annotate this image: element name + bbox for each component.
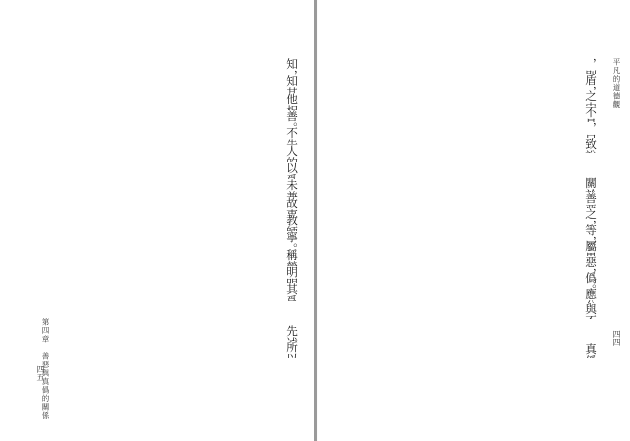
text-column: 真僞與善惡，是兩對不同意義的概念。如前所述，真僞是認識內容與認識對象的相合 <box>579 319 598 358</box>
text-column: 與不相合，善惡是言行對於人生安寧的實現有所貢獻或有所損害。其義既不相同，其事自 <box>579 303 598 319</box>
text-column: 先述僞者之有惡有善。謊言，把事實上如此的說成如彼，把事實上如彼的說成如此， <box>280 301 299 341</box>
page-gutter <box>314 0 317 441</box>
text-column: 等，後者係就角以言其相等，是兩個不同的概念。但三角形之等邊的，其角一定相等，反 <box>579 224 598 240</box>
text-column: 故事，以警惕學生。謊言之爲害，確如大家所認定，但此一認定，只是照常衡量的結果， <box>280 197 299 214</box>
right-page-body: 真僞與善惡，是兩對不同意義的概念。如前所述，真僞是認識內容與認識對象的相合 與不… <box>333 58 598 358</box>
running-head-right: 平凡的道德觀 <box>611 58 622 109</box>
right-page: 平凡的道德觀 四四 真僞與善惡，是兩對不同意義的概念。如前所述，真僞是認識內容與… <box>318 0 630 441</box>
left-page: 第四章 善惡與真僞的關係 四五 所以採用之故。 先述僞者之有惡有善。謊言，把事實… <box>0 0 314 441</box>
text-column: 致說，謂只要是真的，一定是善，只要是僞的，一定是惡，反之，只要是善的，一定是真 <box>579 138 598 154</box>
text-column: 稱營業甚佳，邀其入股，以欺騙之，這又是一種謊言。愚弄與欺騙，都足以損害他人的安 <box>280 249 299 266</box>
text-column: ，則另一說不能成立的理由，卽已寓於其中。著者所採用的，是真善不定一致說，試簡述 <box>579 58 598 74</box>
text-column: 他相與謀曰：『師行數千里，數絕諸侯之地，其勢必襲鄭。凡襲國者以爲無備也，今示以 <box>280 93 299 110</box>
text-column: 不是定不一致，只是有時一致，有時不一致。依此一說法，則真者之中，有善有惡，僞者 <box>579 106 598 122</box>
text-column: 之，等角的，其邊一定相等。等邊與等角，有着相即不離的關係。現在試爲探索：真僞與 <box>579 208 598 224</box>
text-column: 應分而爲二。故凡應以真僞來論斷的，不當代以善惡，凡應以善惡來論斷的，不當代以真 <box>579 288 598 304</box>
text-column: 明明在東，我却告以在西，以愚弄其人，這是一種謊言。生意不振，瀕於破產，對親友詭 <box>280 266 299 283</box>
text-column: 人的緊張情緒，不能不謂爲善。不識字的老母，有愛子或愛女客死他鄉，隨侍的子女隱匿 <box>280 145 299 162</box>
text-column: 其爲僞而非真，最爲明顯，故取爲實例以見其有惡有善。問路者問我以某一機關的所在， <box>280 283 299 300</box>
text-column: 盾，不能並存，其一若能成立，其他必隨以毀滅。故若能懸示理由以證明其中一說之爲是 <box>579 74 598 90</box>
text-column: 善。淮南子人間訓載有一則故事：「秦穆公使孟明舉兵襲鄭，過周以東。鄭之賈人弦高蹇 <box>280 110 299 127</box>
text-column: 寧。故謊言之爲惡，爲大家所公認，幾於沒有異議。宗教以妄語爲戒，法律以僞證爲罪， <box>280 231 299 248</box>
page-number-left: 四五 <box>35 365 46 381</box>
page-number-right: 四四 <box>611 330 622 346</box>
text-column: 以爲善。醫師對於垂死的病人，詭稱病有轉機，靜養卽可全癒。如此的謊言，足以鼓勵病 <box>280 162 299 179</box>
text-column: 僞。例如知道地球之繞日而行，只能謂其爲真，不能謂其爲善，以欺詐騙人，只能謂其爲 <box>579 272 598 288</box>
text-column: 未兼顧處理對象的變異。若兼顧處理對象的變異而採用應變衡量的觀點，則謊言未嘗不足 <box>280 179 299 196</box>
text-column: 關於真僞與善惡的離即，世間有二種不同的看法。其一主張相接不離，可稱爲真善一 <box>579 153 598 192</box>
text-column: 不告，甚且僞造平安家信以免其掛念。如此的謊言與僞造，足以安慰慈懷，亦不能不謂爲 <box>280 127 299 144</box>
book-spread: 第四章 善惡與真僞的關係 四五 所以採用之故。 先述僞者之有惡有善。謊言，把事實… <box>0 0 630 441</box>
text-column: 教師與稍有修養的父母亦莫不禁止其學生與子女的說謊，小學教科書中亦載有說謊貽害的 <box>280 214 299 231</box>
text-column: 所以採用之故。 <box>280 341 299 358</box>
text-column: 之中，亦有善有惡，善者之中，有真有僞，僞者之中，亦有真有僞。此二種說法，互相矛 <box>579 90 598 106</box>
text-column: 知，今已知之矣，守備必固，進必無功。』乃還師而返」。弦高矯命犒牛，使敵人受欺而 <box>280 58 299 75</box>
left-page-body: 所以採用之故。 先述僞者之有惡有善。謊言，把事實上如此的說成如彼，把事實上如彼的… <box>39 58 299 358</box>
text-column: 屬異類，却必相因而至，從不分離。例如等邊三角形與等角三角形，前者係就邊以言其相 <box>579 240 598 256</box>
text-column: 惡，不能謂其爲僞。真僞與善惡，是異類的評語，不能互相替代。不過世間亦有事物，雖 <box>579 256 598 272</box>
text-column: 善惡，是相即不離的，還是有卽有離的。 <box>579 192 598 208</box>
text-column: 知其情，必不敢進。』乃矯鄭伯之命，以十二牛勞之。三率相與謀曰：『凡襲人者以爲弗 <box>280 75 299 92</box>
text-column: ，只要是惡的，一定是僞。其二主張有卽有離，可稱爲真善不定一致說。所謂不定一致， <box>579 122 598 138</box>
